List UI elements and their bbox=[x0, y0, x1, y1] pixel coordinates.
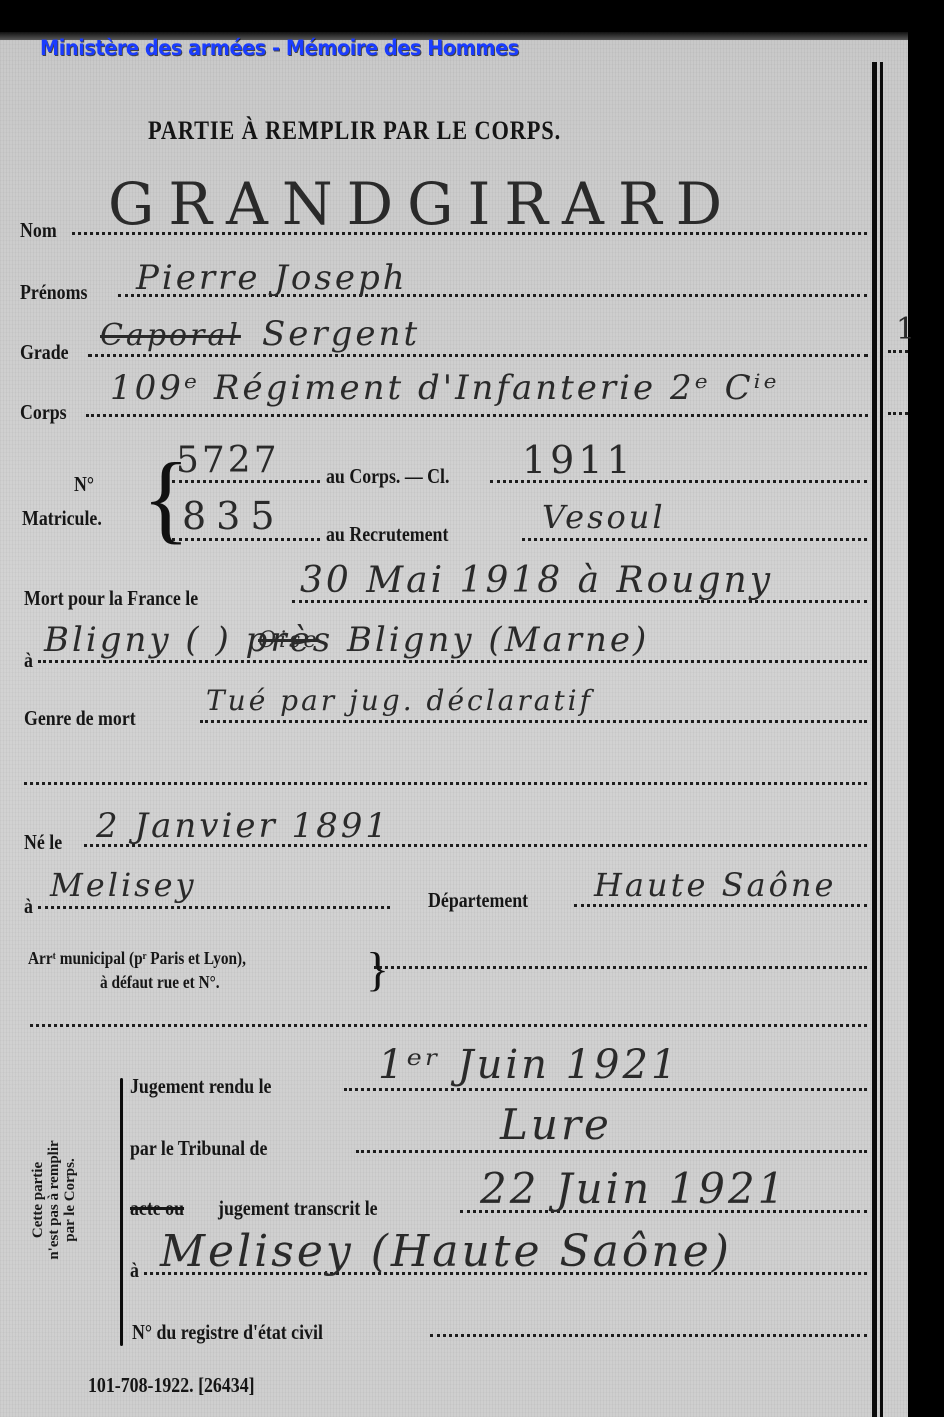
margin-line-2 bbox=[888, 412, 908, 415]
side-note-line-1: Cette partie bbox=[30, 1100, 46, 1300]
side-note: Cette partie n'est pas à remplir par le … bbox=[30, 1100, 78, 1300]
line-lieu-naissance bbox=[38, 906, 390, 909]
value-grade: Sergent bbox=[262, 314, 420, 354]
value-tribunal: Lure bbox=[500, 1100, 612, 1149]
label-no: N° bbox=[74, 472, 94, 497]
side-note-line-2: n'est pas à remplir bbox=[46, 1100, 62, 1300]
value-classe: 1911 bbox=[522, 438, 635, 482]
value-date-deces: 30 Mai 1918 à Rougny bbox=[300, 560, 773, 601]
label-lieu-deces: à bbox=[24, 648, 33, 673]
label-no-registre: N° du registre d'état civil bbox=[132, 1320, 323, 1345]
label-a-defaut: à défaut rue et N°. bbox=[100, 972, 220, 993]
side-note-line-3: par le Corps. bbox=[62, 1100, 78, 1300]
label-lieu-transcription: à bbox=[130, 1258, 139, 1283]
label-genre-de-mort: Genre de mort bbox=[24, 706, 136, 731]
label-ne-le: Né le bbox=[24, 830, 62, 855]
label-acte-ou: acte ou bbox=[130, 1196, 184, 1221]
label-au-corps: au Corps. — Cl. bbox=[326, 464, 449, 489]
line-departement bbox=[574, 904, 867, 907]
line-extra bbox=[24, 782, 867, 785]
label-grade: Grade bbox=[20, 340, 69, 365]
label-au-recrutement: au Recrutement bbox=[326, 522, 448, 547]
line-matricule-recrutement bbox=[172, 538, 320, 541]
value-jugement-rendu: 1ᵉʳ Juin 1921 bbox=[378, 1042, 679, 1088]
label-lieu-naissance: à bbox=[24, 894, 33, 919]
line-tribunal bbox=[356, 1150, 867, 1153]
watermark: Ministère des armées - Mémoire des Homme… bbox=[40, 36, 519, 60]
label-jugement-transcrit: jugement transcrit le bbox=[218, 1196, 378, 1221]
value-matricule-recrutement: 835 bbox=[182, 494, 285, 538]
label-tribunal: par le Tribunal de bbox=[130, 1136, 267, 1161]
label-matricule: Matricule. bbox=[22, 506, 102, 531]
value-lieu-deces-struck: Oise bbox=[258, 628, 319, 653]
value-matricule-corps: 5727 bbox=[176, 440, 280, 481]
label-arr-municipal: Arrᵗ municipal (pʳ Paris et Lyon), bbox=[28, 948, 246, 969]
label-departement: Département bbox=[428, 888, 528, 913]
value-date-naissance: 2 Janvier 1891 bbox=[96, 806, 390, 846]
margin-line-1 bbox=[888, 350, 908, 353]
brace-arr: } bbox=[366, 946, 389, 994]
line-recrutement bbox=[522, 538, 867, 541]
value-genre-de-mort: Tué par jug. déclaratif bbox=[206, 684, 593, 717]
label-nom: Nom bbox=[20, 218, 57, 243]
line-genre-de-mort bbox=[200, 720, 867, 723]
label-corps: Corps bbox=[20, 400, 67, 425]
value-recrutement: Vesoul bbox=[542, 498, 666, 536]
line-jugement-rendu bbox=[344, 1088, 867, 1091]
side-brace bbox=[120, 1078, 123, 1346]
value-jugement-transcrit: 22 Juin 1921 bbox=[480, 1164, 787, 1213]
line-arr-municipal bbox=[374, 966, 867, 969]
margin-mark: 1 bbox=[896, 312, 918, 347]
value-lieu-naissance: Melisey bbox=[50, 866, 197, 904]
value-lieu-deces: Bligny ( ) près Bligny (Marne) bbox=[44, 620, 649, 660]
line-lieu-deces bbox=[38, 660, 867, 663]
line-corps bbox=[86, 414, 868, 417]
value-lieu-transcription: Melisey (Haute Saône) bbox=[160, 1226, 732, 1277]
line-no-registre bbox=[430, 1334, 867, 1337]
value-departement: Haute Saône bbox=[594, 866, 836, 904]
value-grade-struck: Caporal bbox=[100, 318, 241, 353]
value-prenoms: Pierre Joseph bbox=[136, 258, 408, 298]
scan-border-right bbox=[908, 0, 944, 1417]
margin-rule-outer bbox=[872, 62, 877, 1417]
label-jugement-rendu: Jugement rendu le bbox=[130, 1074, 271, 1099]
line-separator bbox=[30, 1024, 867, 1027]
margin-rule-inner bbox=[880, 62, 883, 1417]
value-nom: GRANDGIRARD bbox=[108, 170, 736, 238]
label-prenoms: Prénoms bbox=[20, 280, 87, 305]
footer-code: 101-708-1922. [26434] bbox=[88, 1373, 255, 1398]
line-grade bbox=[88, 354, 868, 357]
label-mort-pour-la-france: Mort pour la France le bbox=[24, 586, 198, 611]
value-corps: 109ᵉ Régiment d'Infanterie 2ᵉ Cⁱᵉ bbox=[110, 368, 780, 408]
form-title: PARTIE À REMPLIR PAR LE CORPS. bbox=[148, 116, 561, 146]
